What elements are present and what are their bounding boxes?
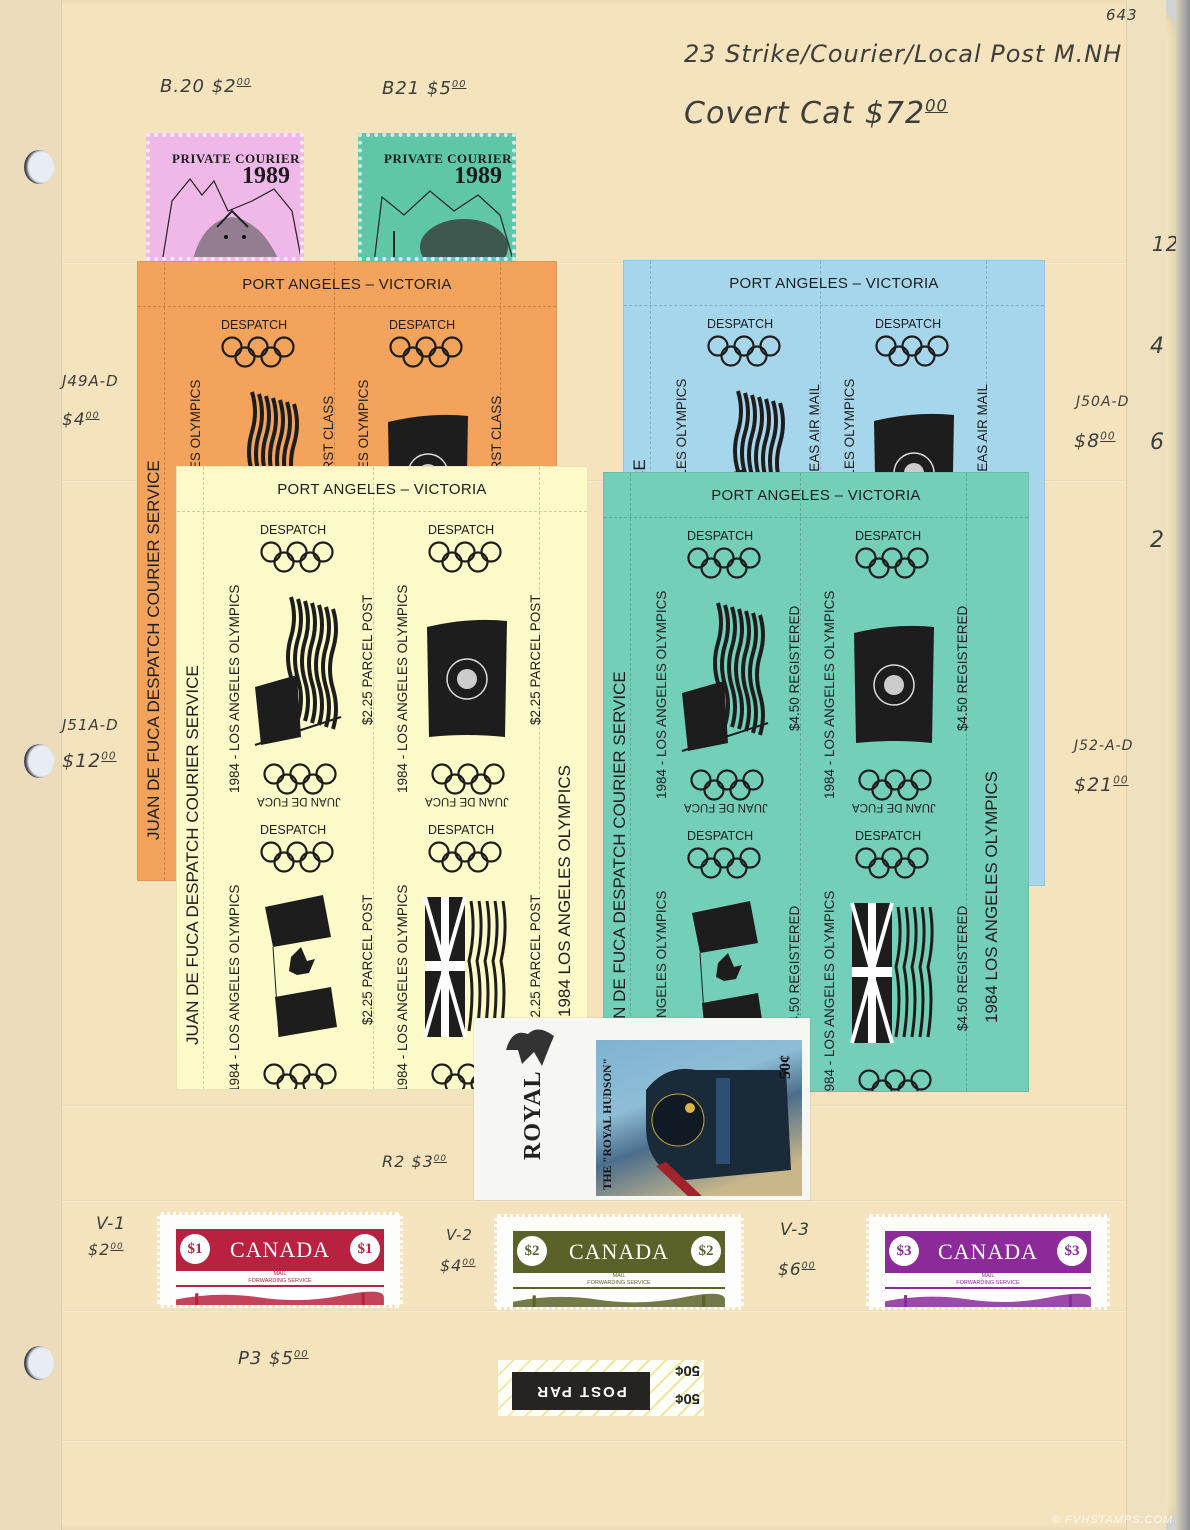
value-text: $2 xyxy=(691,1236,721,1266)
bc-flag-icon xyxy=(846,893,938,1053)
annotation-v2-label: V-2 xyxy=(446,1226,473,1244)
value-text: $2 xyxy=(517,1236,547,1266)
sheet-header: PORT ANGELES – VICTORIA xyxy=(624,275,1044,292)
despatch-text: DESPATCH xyxy=(687,529,753,543)
annotation-j50-label: J50A-D xyxy=(1076,394,1129,410)
despatch-text: DESPATCH xyxy=(260,823,326,837)
mail-forwarding-text: MAILFORWARDING SERVICE xyxy=(176,1271,384,1285)
annotation-v3-price: $600 xyxy=(778,1260,816,1280)
despatch-text: DESPATCH xyxy=(428,523,494,537)
olympic-rings-icon xyxy=(263,1063,337,1090)
margin-number: 6 xyxy=(1150,430,1165,455)
royal-hudson-stamp: ROYAL THE "ROYAL HUDSON" 50¢ xyxy=(474,1018,810,1200)
despatch-text: DESPATCH xyxy=(687,829,753,843)
private-courier-stamp-b21: PRIVATE COURIER 1989 xyxy=(358,133,516,261)
annotation-v3-label: V-3 xyxy=(780,1220,810,1240)
despatch-text: DESPATCH xyxy=(221,318,287,332)
wolf-icon xyxy=(162,171,302,261)
mount-strip-line xyxy=(62,1310,1126,1312)
olympic-rings-icon xyxy=(389,336,463,368)
annotation-p3: P3 $500 xyxy=(238,1348,309,1369)
wa-flag-icon xyxy=(419,587,511,747)
olympic-rings-icon xyxy=(855,547,929,579)
despatch-text: DESPATCH xyxy=(855,529,921,543)
page-title: 23 Strike/Courier/Local Post M.NH xyxy=(684,40,1122,68)
olympics-text: 1984 - LOS ANGELES OLYMPICS xyxy=(654,591,669,799)
catalog-total: Covert Cat $7200 xyxy=(684,96,948,131)
punch-hole-top xyxy=(24,150,54,184)
sheet-header: PORT ANGELES – VICTORIA xyxy=(604,487,1028,504)
olympic-stamp: DESPATCH 1984 - LOS ANGELES OLYMPICS $2.… xyxy=(373,513,538,813)
wa-flag-icon xyxy=(846,593,938,753)
rate-text: $2.25 PARCEL POST xyxy=(528,894,543,1025)
coat-of-arms-icon xyxy=(498,1020,562,1070)
annotation-j52-label: J52-A-D xyxy=(1074,738,1133,754)
annotation-b20: B.20 $200 xyxy=(160,76,251,97)
despatch-text: DESPATCH xyxy=(260,523,326,537)
annotation-j51-price: $1200 xyxy=(62,750,117,772)
olympic-rings-icon xyxy=(221,336,295,368)
locomotive-picture: THE "ROYAL HUDSON" 50¢ xyxy=(596,1040,802,1196)
post-par-label: POST PAR 50¢ 50¢ xyxy=(498,1360,704,1416)
olympics-text: 1984 - LOS ANGELES OLYMPICS xyxy=(227,585,242,793)
juan-de-fuca-text: JUAN DE FUCA xyxy=(257,795,341,807)
value-text: $1 xyxy=(180,1234,210,1264)
annotation-v2-price: $400 xyxy=(440,1256,476,1275)
annotation-j49-price: $400 xyxy=(62,410,100,430)
annotation-j50-price: $800 xyxy=(1074,430,1115,452)
service-text: JUAN DE FUCA DESPATCH COURIER SERVICE xyxy=(610,671,630,1051)
royal-hudson-denomination: 50¢ xyxy=(777,1055,795,1079)
locomotive-icon xyxy=(626,1050,796,1196)
rate-text: $4.50 REGISTERED xyxy=(955,906,970,1031)
punch-hole-middle xyxy=(24,744,54,778)
canada-mail-forwarding-stamp-2: CANADA $2 $2 MAILFORWARDING SERVICE xyxy=(494,1214,744,1310)
juan-de-fuca-text: JUAN DE FUCA xyxy=(852,801,936,813)
usa-flag-icon xyxy=(251,587,343,747)
olympic-rings-icon xyxy=(690,769,764,801)
despatch-text: DESPATCH xyxy=(875,317,941,331)
private-courier-stamp-b20: PRIVATE COURIER 1989 xyxy=(146,133,304,261)
harbour-scene-icon xyxy=(885,1289,1091,1307)
despatch-text: DESPATCH xyxy=(707,317,773,331)
perforation-line xyxy=(138,306,556,307)
olympic-rings-icon xyxy=(428,541,502,573)
page-protector-edge xyxy=(1176,0,1190,1530)
olympic-rings-icon xyxy=(855,847,929,879)
margin-number: 4 xyxy=(1150,334,1165,359)
perforation-line xyxy=(604,517,1028,518)
annotation-j51-label: J51A-D xyxy=(62,716,119,734)
annotation-r2: R2 $300 xyxy=(382,1152,447,1171)
olympic-rings-icon xyxy=(260,841,334,873)
olympic-rings-icon xyxy=(431,763,505,795)
canada-mail-forwarding-stamp-1: CANADA $1 $1 MAILFORWARDING SERVICE xyxy=(157,1212,403,1308)
harbour-scene-icon xyxy=(176,1287,384,1305)
margin-number: 2 xyxy=(1150,528,1165,553)
olympic-rings-icon xyxy=(858,769,932,801)
post-par-text: POST PAR xyxy=(512,1372,650,1410)
despatch-text: DESPATCH xyxy=(428,823,494,837)
sheet-j51-yellow: PORT ANGELES – VICTORIA JUAN DE FUCA DES… xyxy=(176,466,588,1090)
rate-text: $4.50 REGISTERED xyxy=(955,606,970,731)
olympic-rings-icon xyxy=(858,1069,932,1092)
value-text: $1 xyxy=(350,1234,380,1264)
olympic-rings-icon xyxy=(260,541,334,573)
olympic-rings-icon xyxy=(428,841,502,873)
mount-strip-line xyxy=(62,1200,1126,1202)
olympics-text: 1984 - LOS ANGELES OLYMPICS xyxy=(822,591,837,799)
olympic-rings-icon xyxy=(263,763,337,795)
bear-icon xyxy=(374,171,514,261)
stamp-frame: CANADA $2 $2 MAILFORWARDING SERVICE xyxy=(513,1231,725,1307)
despatch-text: DESPATCH xyxy=(389,318,455,332)
olympics-text: 1984 - LOS ANGELES OLYMPICS xyxy=(227,885,242,1090)
olympic-rings-icon xyxy=(687,847,761,879)
olympic-stamp: DESPATCH 1984 - LOS ANGELES OLYMPICS $2.… xyxy=(205,513,370,813)
juan-de-fuca-text: JUAN DE FUCA xyxy=(425,795,509,807)
perforation-line xyxy=(630,473,631,1091)
perforation-line xyxy=(203,467,204,1089)
stamp-frame: CANADA $1 $1 MAILFORWARDING SERVICE xyxy=(176,1229,384,1305)
post-par-value: 50¢ xyxy=(675,1390,700,1407)
perforation-line xyxy=(177,511,587,512)
juan-de-fuca-text: JUAN DE FUCA xyxy=(684,801,768,813)
value-text: $3 xyxy=(889,1236,919,1266)
page-number: 643 xyxy=(1106,6,1138,24)
service-text: JUAN DE FUCA DESPATCH COURIER SERVICE xyxy=(183,665,203,1045)
olympics-text: 1984 - LOS ANGELES OLYMPICS xyxy=(395,585,410,793)
olympic-stamp: DESPATCH 1984 - LOS ANGELES OLYMPICS $2.… xyxy=(205,813,370,1090)
mail-forwarding-text: MAILFORWARDING SERVICE xyxy=(885,1273,1091,1287)
service-text: JUAN DE FUCA DESPATCH COURIER SERVICE xyxy=(144,460,164,840)
punch-hole-bottom xyxy=(24,1346,54,1380)
olympic-rings-icon xyxy=(707,335,781,367)
olympic-stamp: DESPATCH 1984 - LOS ANGELES OLYMPICS $4.… xyxy=(632,519,797,819)
mail-forwarding-text: MAILFORWARDING SERVICE xyxy=(513,1273,725,1287)
annotation-j49-label: J49A-D xyxy=(62,372,119,390)
royal-tab-text: ROYAL xyxy=(520,1071,547,1160)
post-par-value: 50¢ xyxy=(675,1362,700,1379)
harbour-scene-icon xyxy=(513,1289,725,1307)
value-text: $3 xyxy=(1057,1236,1087,1266)
olympic-stamp: DESPATCH 1984 - LOS ANGELES OLYMPICS $4.… xyxy=(800,519,965,819)
olympics-side-text: 1984 LOS ANGELES OLYMPICS xyxy=(982,771,1002,1023)
stamp-frame: CANADA $3 $3 MAILFORWARDING SERVICE xyxy=(885,1231,1091,1307)
sheet-j52-green: PORT ANGELES – VICTORIA JUAN DE FUCA DES… xyxy=(603,472,1029,1092)
perforation-line xyxy=(164,262,165,880)
usa-flag-icon xyxy=(678,593,770,753)
olympic-rings-icon xyxy=(687,547,761,579)
olympics-text: 1984 - LOS ANGELES OLYMPICS xyxy=(395,885,410,1090)
despatch-text: DESPATCH xyxy=(855,829,921,843)
annotation-j52-price: $2100 xyxy=(1074,774,1129,796)
sheet-header: PORT ANGELES – VICTORIA xyxy=(138,276,556,293)
mount-strip-line xyxy=(62,1440,1126,1442)
olympic-stamp: DESPATCH 1984 - LOS ANGELES OLYMPICS $4.… xyxy=(800,819,965,1092)
royal-hudson-title: THE "ROYAL HUDSON" xyxy=(602,1058,614,1190)
watermark: © FVHSTAMPS.COM xyxy=(1052,1514,1173,1526)
album-page: 643 23 Strike/Courier/Local Post M.NH Co… xyxy=(0,0,1178,1530)
right-strip xyxy=(1126,0,1166,1530)
perforation-line xyxy=(624,305,1044,306)
olympics-text: 1984 - LOS ANGELES OLYMPICS xyxy=(822,891,837,1092)
annotation-v1-price: $200 xyxy=(88,1240,124,1259)
rate-text: $2.25 PARCEL POST xyxy=(528,594,543,725)
olympic-rings-icon xyxy=(875,335,949,367)
annotation-b21: B21 $500 xyxy=(382,78,466,99)
olympics-side-text: 1984 LOS ANGELES OLYMPICS xyxy=(555,765,575,1017)
annotation-v1-label: V-1 xyxy=(96,1214,126,1234)
canada-mail-forwarding-stamp-3: CANADA $3 $3 MAILFORWARDING SERVICE xyxy=(866,1214,1110,1310)
canada-flag-icon xyxy=(251,887,343,1047)
sheet-header: PORT ANGELES – VICTORIA xyxy=(177,481,587,498)
